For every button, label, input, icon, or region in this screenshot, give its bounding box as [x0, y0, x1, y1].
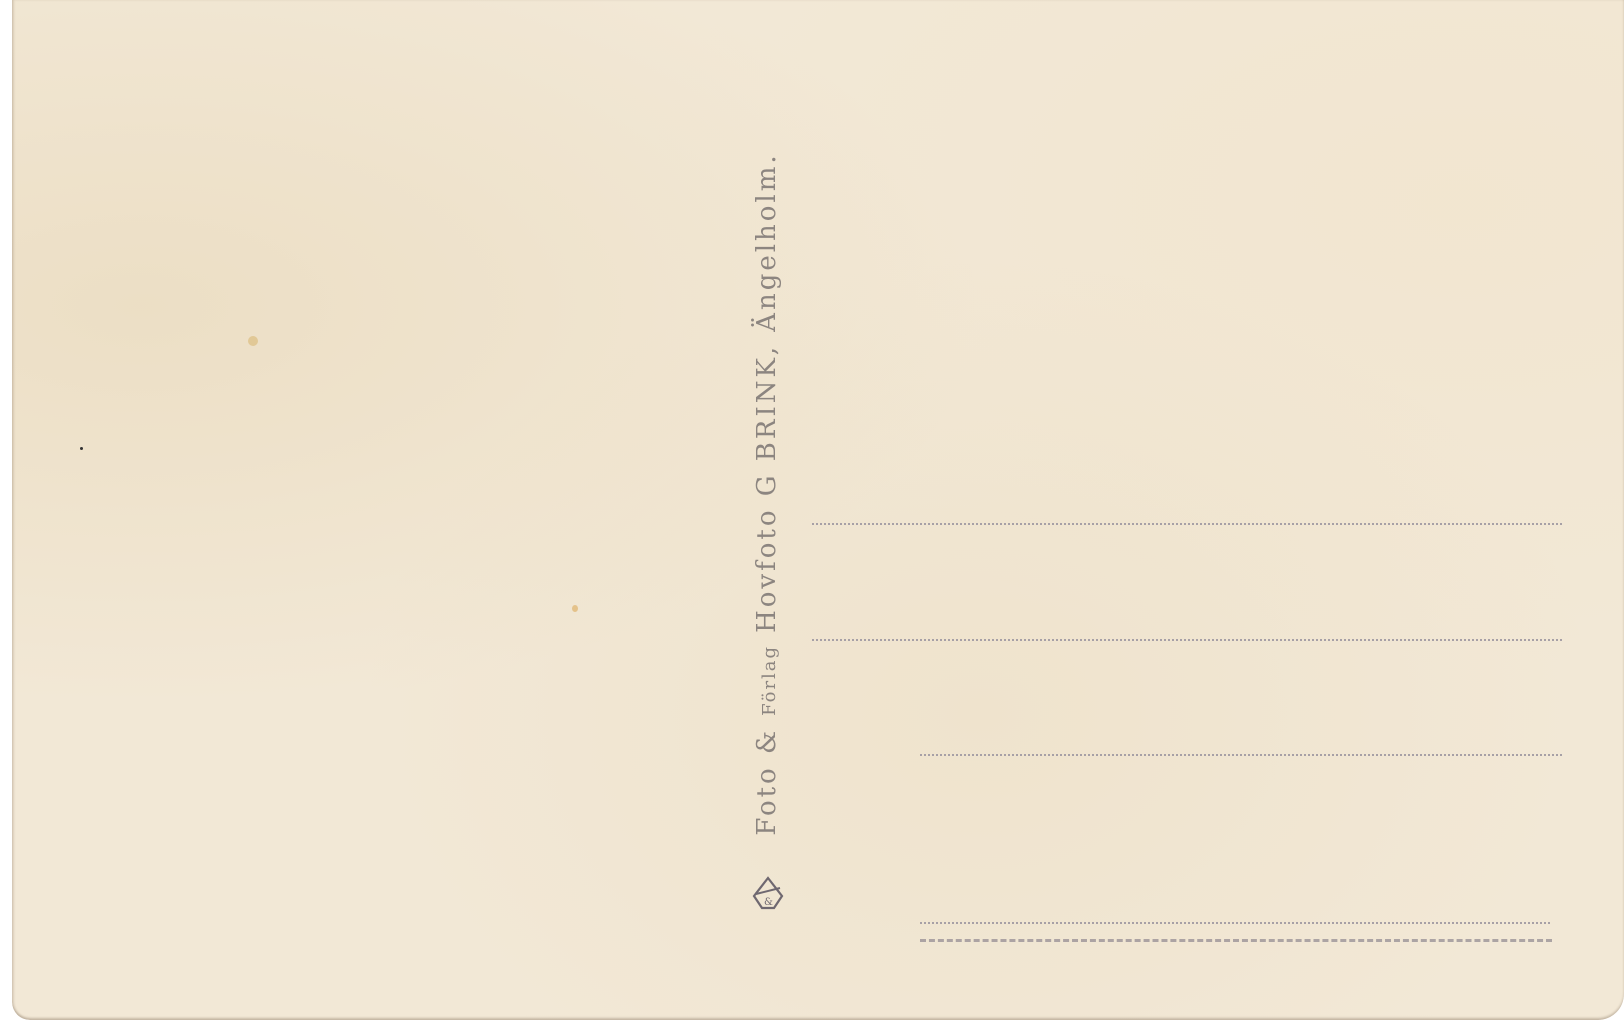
address-line-3: [920, 754, 1562, 756]
foxing-spot: [248, 336, 258, 346]
address-underline-rule: [920, 939, 1552, 942]
imprint-prefix: Foto &: [752, 728, 782, 836]
imprint-name: Hovfoto G BRINK,: [752, 344, 782, 633]
postcard-back: Foto &FörlagHovfoto G BRINK,Ängelholm. &: [12, 0, 1624, 1020]
publisher-imprint: Foto &FörlagHovfoto G BRINK,Ängelholm.: [752, 140, 782, 835]
address-line-2: [812, 639, 1562, 641]
imprint-forlag: Förlag: [759, 645, 780, 716]
svg-text:&: &: [764, 897, 773, 908]
address-line-1: [812, 523, 1562, 525]
foxing-spot: [572, 605, 578, 612]
imprint-place: Ängelholm.: [752, 152, 782, 332]
address-line-4: [920, 922, 1550, 924]
foxing-spot: [80, 447, 83, 450]
publisher-monogram-icon: &: [752, 876, 784, 912]
